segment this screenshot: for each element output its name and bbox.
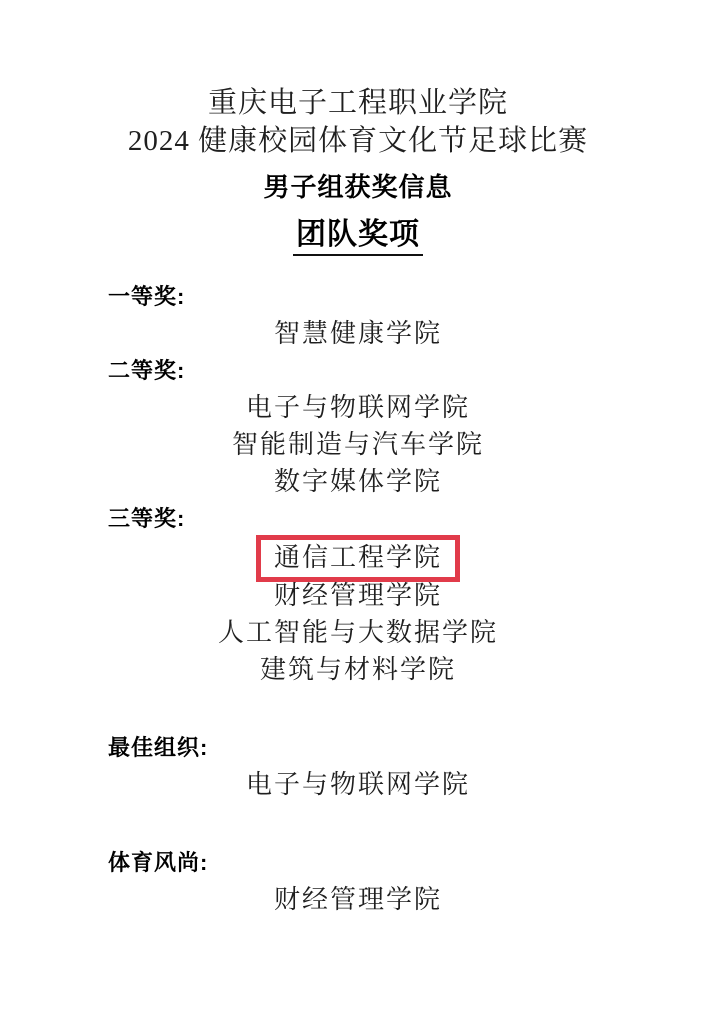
document-page: 重庆电子工程职业学院 2024 健康校园体育文化节足球比赛 男子组获奖信息 团队… [0, 0, 716, 1012]
section-title-team-awards: 团队奖项 [293, 217, 423, 256]
award-label: 最佳组织: [0, 729, 716, 766]
section-title-wrap: 团队奖项 [0, 217, 716, 256]
document-subtitle: 男子组获奖信息 [0, 172, 716, 202]
college-name-highlighted: 通信工程学院 [0, 537, 716, 577]
award-label: 三等奖: [0, 500, 716, 537]
awards-list: 一等奖: 智慧健康学院 二等奖: 电子与物联网学院 智能制造与汽车学院 数字媒体… [0, 278, 716, 918]
college-name: 电子与物联网学院 [0, 766, 716, 803]
college-name: 财经管理学院 [0, 577, 716, 614]
award-group-first-prize: 一等奖: 智慧健康学院 [0, 278, 716, 352]
document-title-line-1: 重庆电子工程职业学院 [0, 84, 716, 122]
document-title-line-2: 2024 健康校园体育文化节足球比赛 [0, 122, 716, 160]
college-name: 建筑与材料学院 [0, 651, 716, 688]
college-name: 电子与物联网学院 [0, 389, 716, 426]
award-group-third-prize: 三等奖: 通信工程学院 财经管理学院 人工智能与大数据学院 建筑与材料学院 [0, 500, 716, 688]
highlight-box: 通信工程学院 [256, 535, 460, 582]
award-group-best-organization: 最佳组织: 电子与物联网学院 [0, 729, 716, 803]
college-name: 数字媒体学院 [0, 463, 716, 500]
award-label: 二等奖: [0, 352, 716, 389]
college-name: 智慧健康学院 [0, 315, 716, 352]
award-label: 一等奖: [0, 278, 716, 315]
college-name: 通信工程学院 [274, 543, 442, 572]
college-name: 智能制造与汽车学院 [0, 426, 716, 463]
award-group-second-prize: 二等奖: 电子与物联网学院 智能制造与汽车学院 数字媒体学院 [0, 352, 716, 500]
college-name: 财经管理学院 [0, 881, 716, 918]
award-group-sports-style: 体育风尚: 财经管理学院 [0, 844, 716, 918]
document-header: 重庆电子工程职业学院 2024 健康校园体育文化节足球比赛 男子组获奖信息 团队… [0, 0, 716, 256]
college-name: 人工智能与大数据学院 [0, 614, 716, 651]
award-label: 体育风尚: [0, 844, 716, 881]
